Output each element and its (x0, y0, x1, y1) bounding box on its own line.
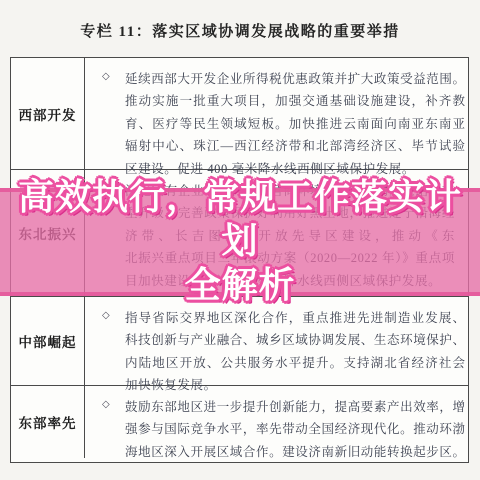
row-label: 西部开发 (11, 58, 85, 169)
diamond-bullet-icon: ◇ (102, 400, 110, 410)
row-content: ◇指导省际交界地区深化合作，重点推进先进制造业发展、科技创新与产业融合、城乡区域… (85, 297, 479, 385)
row-text-line: 内陆地区开放、公共服务水平提升。支持湖北省经济社会 (125, 352, 466, 374)
table-row: 中部崛起◇指导省际交界地区深化合作，重点推进先进制造业发展、科技创新与产业融合、… (11, 297, 468, 386)
diamond-bullet-icon: ◇ (102, 72, 110, 82)
row-label: 中部崛起 (11, 297, 85, 385)
row-label: 东部率先 (11, 386, 85, 458)
table-row: 西部开发◇延续西部大开发企业所得税优惠政策并扩大政策受益范围。推动实施一批重大项… (11, 58, 468, 170)
row-text-line: 育、医疗等民生领域短板。加快推进云南面向南亚东南亚 (125, 113, 466, 135)
row-text-line: 科技创新与产业融合、城乡区域协调发展、生态环境保护、 (125, 329, 466, 351)
row-text-line: 推动实施一批重大项目，加强交通基础设施建设，补齐教 (125, 90, 466, 112)
table-row: 东部率先◇鼓励东部地区进一步提升创新能力，提高要素产出效率，增强参与国际竞争水平… (11, 386, 468, 458)
overlay-headline-line2: 全解析 (184, 264, 295, 308)
row-text-line: 强参与国际竞争水平，率先带动全国经济现代化。推动环渤 (125, 418, 466, 440)
promo-overlay-banner: 高效执行，常规工作落实计划 全解析 (0, 188, 480, 296)
row-content: ◇延续西部大开发企业所得税优惠政策并扩大政策受益范围。推动实施一批重大项目，加强… (85, 58, 479, 169)
row-text-line: 鼓励东部地区进一步提升创新能力，提高要素产出效率，增 (125, 396, 466, 418)
diamond-bullet-icon: ◇ (102, 311, 110, 321)
row-text-line: 辐射中心、珠江—西江经济带和北部湾经济区、毕节试验 (125, 135, 466, 157)
page-title: 专栏 11：落实区域协调发展战略的重要举措 (0, 20, 480, 41)
row-content: ◇鼓励东部地区进一步提升创新能力，提高要素产出效率，增强参与国际竞争水平，率先带… (85, 386, 479, 458)
row-text-line: 延续西部大开发企业所得税优惠政策并扩大政策受益范围。 (125, 68, 466, 90)
overlay-headline-line1: 高效执行，常规工作落实计划 (0, 176, 480, 264)
row-text-line: 海地区深入开展区域合作。建设济南新旧动能转换起步区。 (125, 441, 466, 463)
row-text-line: 指导省际交界地区深化合作，重点推进先进制造业发展、 (125, 307, 466, 329)
